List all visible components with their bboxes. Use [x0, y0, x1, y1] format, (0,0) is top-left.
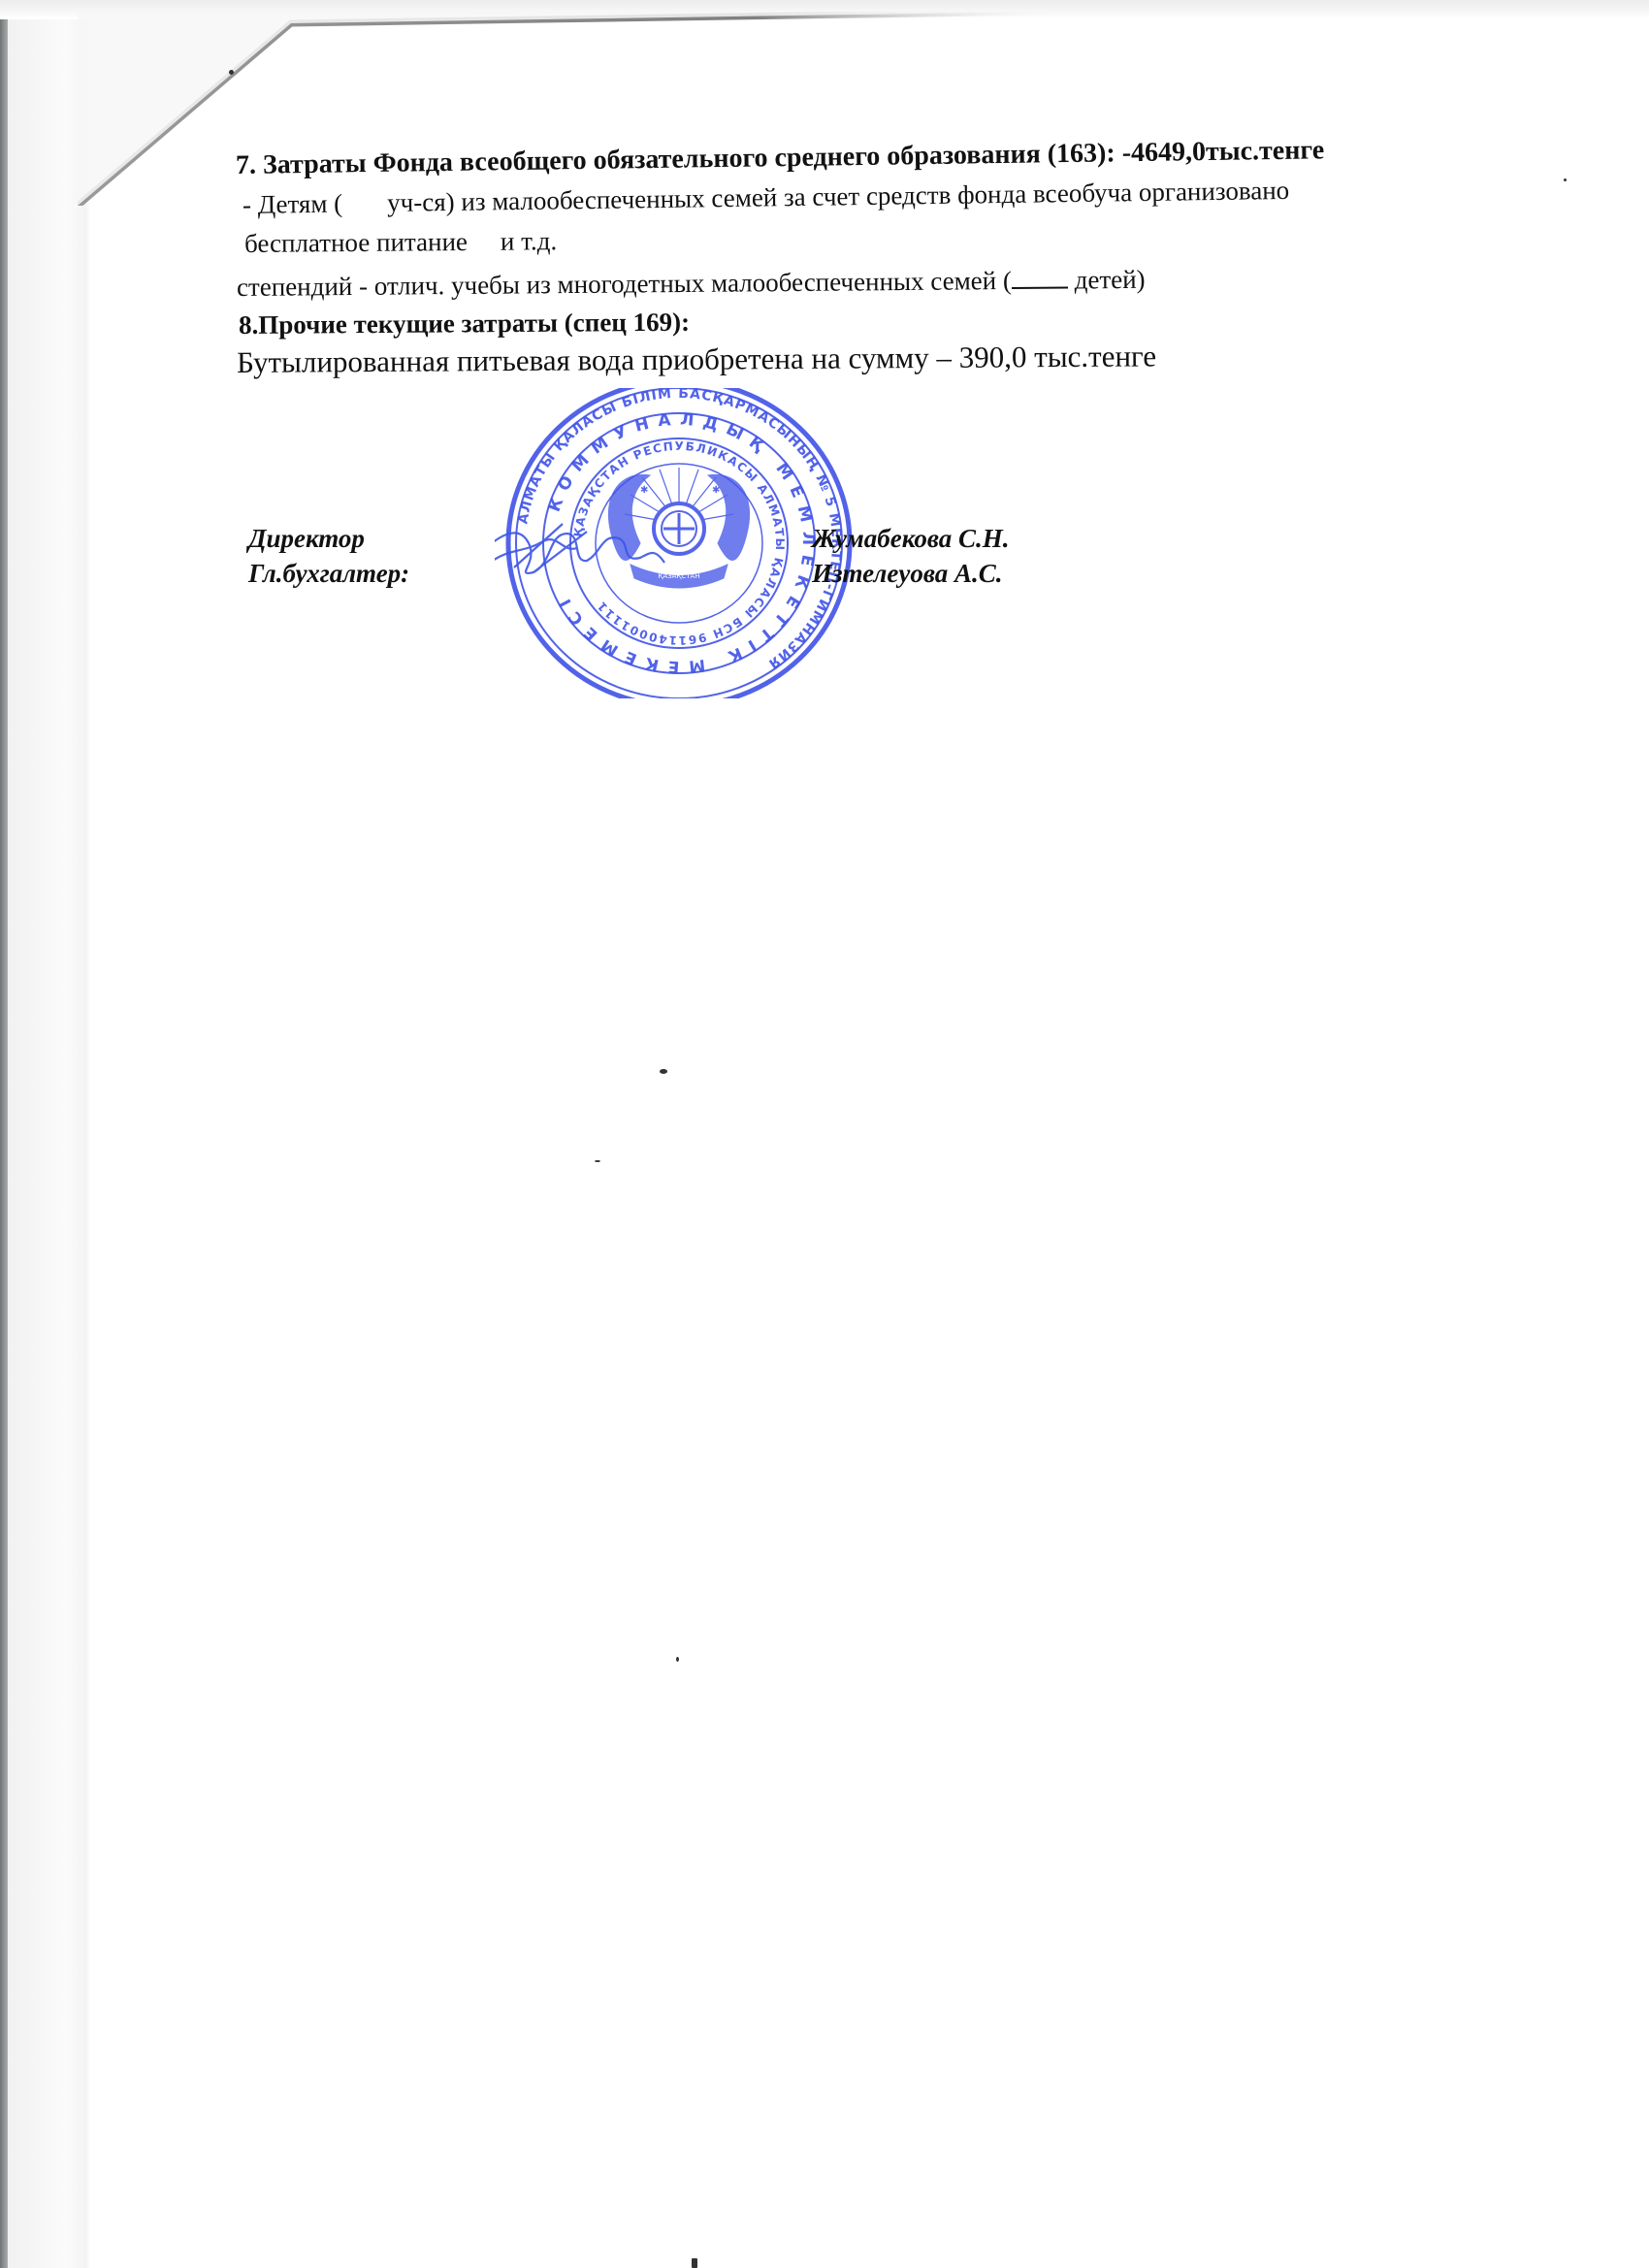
scan-speck: [595, 1160, 600, 1162]
line-prefix: бесплатное питание: [244, 227, 468, 258]
line-suffix: детей): [1075, 265, 1146, 295]
director-label: Директор: [248, 524, 365, 554]
line-suffix: и т.д.: [501, 226, 557, 256]
scan-speck: [676, 1657, 679, 1662]
line-prefix: степендий - отлич. учебы из многодетных …: [237, 266, 1012, 302]
scan-speck: [692, 2258, 697, 2268]
chief-accountant-name: Изтелеуова А.С.: [812, 559, 1002, 589]
section-8-line-1: Бутылированная питьевая вода приобретена…: [237, 341, 1156, 377]
scan-speck: [1564, 178, 1567, 181]
section-7-heading: 7. Затраты Фонда всеобщего обязательного…: [236, 136, 1325, 180]
line-suffix: уч-ся) из малообеспеченных семей за счет…: [387, 176, 1289, 217]
director-name: Жумабекова С.Н.: [812, 524, 1010, 554]
scan-speck: [229, 70, 234, 75]
line-prefix: - Детям (: [242, 189, 343, 219]
section-7-line-1: - Детям (уч-ся) из малообеспеченных семе…: [242, 176, 1290, 219]
section-7-line-2: бесплатное питаниеи т.д.: [244, 226, 557, 258]
scan-speck: [660, 1069, 667, 1074]
section-7-line-3: степендий - отлич. учебы из многодетных …: [237, 265, 1146, 302]
document-body: 7. Затраты Фонда всеобщего обязательного…: [0, 0, 1649, 2268]
section-8-heading: 8.Прочие текущие затраты (спец 169):: [239, 308, 690, 340]
blank-field: [1012, 270, 1068, 290]
chief-accountant-label: Гл.бухгалтер:: [248, 559, 409, 589]
